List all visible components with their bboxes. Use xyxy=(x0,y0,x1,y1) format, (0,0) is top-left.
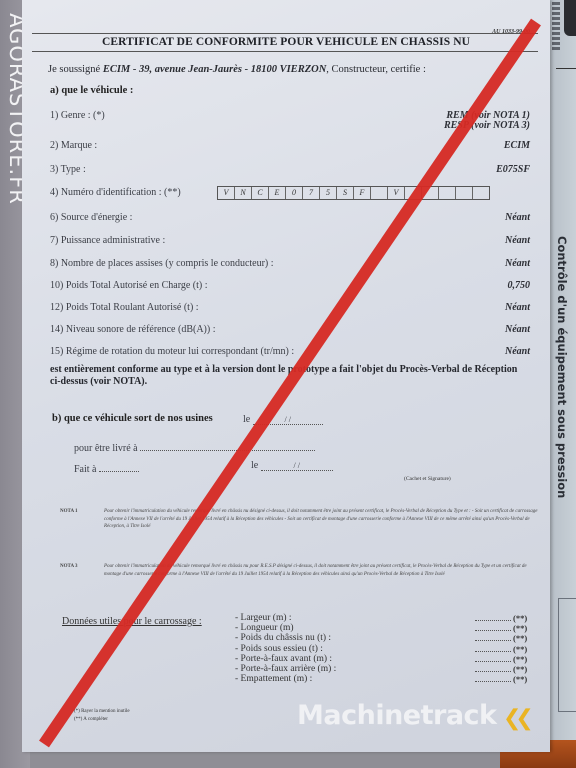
item-energy-source: 6) Source d'énergie : Néant xyxy=(50,212,530,226)
stamp-signature-label: (Cachet et Signature) xyxy=(404,476,451,482)
intro-prefix: Je soussigné xyxy=(48,64,103,75)
footnotes: (*) Rayer la mention inutile (**) A comp… xyxy=(74,708,130,724)
item-value-secondary: RESP (voir NOTA 3) xyxy=(444,120,530,131)
dimension-blank: (**) xyxy=(475,664,527,674)
item-engine-rpm: 15) Régime de rotation du moteur lui cor… xyxy=(50,346,530,360)
delivery-blank xyxy=(140,441,315,451)
vin-cell xyxy=(473,187,489,199)
nota-tag: NOTA 1 xyxy=(60,508,78,516)
vin-cell: 0 xyxy=(286,187,303,199)
item-label: 3) Type : xyxy=(50,164,86,175)
vin-cell xyxy=(371,187,388,199)
dimension-blank: (**) xyxy=(475,633,527,643)
certificate-page: AU 1033-99-00 CERTIFICAT DE CONFORMITE P… xyxy=(22,0,550,752)
date-label: le xyxy=(251,460,258,471)
vin-cell xyxy=(405,187,422,199)
required-marker: (**) xyxy=(513,644,527,654)
nota-text: Pour obtenir l'immatriculation du véhicu… xyxy=(104,508,540,531)
vin-cell: S xyxy=(337,187,354,199)
side-document-title: Contrôle d'un équipement sous pression xyxy=(551,236,573,496)
item-value: Néant xyxy=(505,302,530,313)
item-label: 7) Puissance administrative : xyxy=(50,235,165,246)
vin-cell: 7 xyxy=(303,187,320,199)
delivery-label: pour être livré à xyxy=(74,443,138,454)
required-marker: (**) xyxy=(513,664,527,674)
vin-cell: V xyxy=(388,187,405,199)
item-label: 2) Marque : xyxy=(50,140,97,151)
item-label: 1) Genre : (*) xyxy=(50,110,105,121)
date-label: le xyxy=(243,414,250,425)
item-marque: 2) Marque : ECIM xyxy=(50,140,530,154)
vin-cell: 5 xyxy=(320,187,337,199)
bodywork-data-heading: Données utiles pour le carrossage : xyxy=(62,616,202,627)
side-document-rotated-text xyxy=(552,2,560,50)
dimension-item: - Porte-à-faux avant (m) : xyxy=(235,654,336,664)
nota-3: NOTA 3 Pour obtenir l'immatriculation du… xyxy=(60,563,540,578)
dimension-item: - Largeur (m) : xyxy=(235,613,336,623)
certifier-statement: Je soussigné ECIM - 39, avenue Jean-Jaur… xyxy=(48,64,426,75)
item-value: Néant xyxy=(505,324,530,335)
title-rule-bottom xyxy=(32,51,538,52)
item-value: 0,750 xyxy=(508,280,531,291)
vin-cell: F xyxy=(354,187,371,199)
footnote-item: (*) Rayer la mention inutile xyxy=(74,708,130,716)
vin-cell: N xyxy=(235,187,252,199)
nota-tag: NOTA 3 xyxy=(60,563,78,571)
manufacturer-name: ECIM - 39, avenue Jean-Jaurès - 18100 VI… xyxy=(103,64,326,75)
done-at-field: Fait à xyxy=(74,462,139,475)
exit-date-field: le / / xyxy=(243,414,323,425)
item-admin-power: 7) Puissance administrative : Néant xyxy=(50,235,530,249)
required-marker: (**) xyxy=(513,613,527,623)
intro-suffix: , Constructeur, certifie : xyxy=(326,64,426,75)
item-value: ECIM xyxy=(504,140,530,151)
vin-cell xyxy=(439,187,456,199)
item-seats: 8) Nombre de places assises (y compris l… xyxy=(50,258,530,272)
nota-text: Pour obtenir l'immatriculation du véhicu… xyxy=(104,563,540,578)
reference-code: AU 1033-99-00 xyxy=(492,29,530,35)
item-genre: 1) Genre : (*) REM (voir NOTA 1) RESP (v… xyxy=(50,110,530,124)
nota-1: NOTA 1 Pour obtenir l'immatriculation du… xyxy=(60,508,540,531)
item-value: Néant xyxy=(505,235,530,246)
bodywork-dimension-list: - Largeur (m) : - Longueur (m) - Poids d… xyxy=(235,613,336,684)
item-label: 6) Source d'énergie : xyxy=(50,212,132,223)
done-at-label: Fait à xyxy=(74,464,97,475)
vin-cell xyxy=(456,187,473,199)
dimension-blank: (**) xyxy=(475,674,527,684)
dimension-item: - Poids du châssis nu (t) : xyxy=(235,633,336,643)
side-document-logo-fragment xyxy=(564,0,576,36)
footnote-item: (**) A compléter xyxy=(74,716,130,724)
signature-date-field: le / / xyxy=(251,460,333,471)
side-document-rule xyxy=(556,68,576,69)
required-marker: (**) xyxy=(513,633,527,643)
section-a-heading: a) que le véhicule : xyxy=(50,85,133,96)
item-type: 3) Type : E075SF xyxy=(50,164,530,178)
exit-date-blank: / / xyxy=(253,415,323,425)
item-label: 8) Nombre de places assises (y compris l… xyxy=(50,258,274,269)
item-value: E075SF xyxy=(496,164,530,175)
item-label: 14) Niveau sonore de référence (dB(A)) : xyxy=(50,324,215,335)
dimension-item: - Longueur (m) xyxy=(235,623,336,633)
required-marker: (**) xyxy=(513,623,527,633)
required-marker: (**) xyxy=(513,674,527,684)
signature-date-blank: / / xyxy=(261,461,333,471)
item-value: Néant xyxy=(505,212,530,223)
side-document: Contrôle d'un équipement sous pression xyxy=(550,0,576,740)
required-marker: (**) xyxy=(513,654,527,664)
item-label: 10) Poids Total Autorisé en Charge (t) : xyxy=(50,280,208,291)
dimension-item: - Porte-à-faux arrière (m) : xyxy=(235,664,336,674)
done-at-blank xyxy=(99,462,139,472)
item-label: 12) Poids Total Roulant Autorisé (t) : xyxy=(50,302,199,313)
vin-cell: E xyxy=(269,187,286,199)
item-value: Néant xyxy=(505,258,530,269)
dimension-blank: (**) xyxy=(475,623,527,633)
section-b-heading: b) que ce véhicule sort de nos usines xyxy=(52,413,213,424)
item-label: 4) Numéro d'identification : (**) xyxy=(50,187,181,198)
conformity-statement: est entièrement conforme au type et à la… xyxy=(50,364,530,388)
dimension-blank: (**) xyxy=(475,654,527,664)
item-label: 15) Régime de rotation du moteur lui cor… xyxy=(50,346,294,357)
side-document-box xyxy=(558,598,576,712)
item-noise-level: 14) Niveau sonore de référence (dB(A)) :… xyxy=(50,324,530,338)
delivery-field: pour être livré à xyxy=(74,441,315,454)
dimension-item: - Poids sous essieu (t) : xyxy=(235,644,336,654)
item-ptac: 10) Poids Total Autorisé en Charge (t) :… xyxy=(50,280,530,294)
vin-grid: VNCE075SFV xyxy=(217,186,490,200)
vin-cell: C xyxy=(252,187,269,199)
machinetrack-watermark: Machinetrack xyxy=(297,700,497,731)
dimension-item: - Empattement (m) : xyxy=(235,674,336,684)
dimension-blank: (**) xyxy=(475,644,527,654)
vin-cell: V xyxy=(218,187,235,199)
item-ptra: 12) Poids Total Roulant Autorisé (t) : N… xyxy=(50,302,530,316)
title-rule-top xyxy=(32,33,538,34)
machinetrack-chevron-icon: ❮❮ xyxy=(503,706,528,731)
certificate-title: CERTIFICAT DE CONFORMITE POUR VEHICULE E… xyxy=(22,36,550,48)
item-value: Néant xyxy=(505,346,530,357)
vin-cell xyxy=(422,187,439,199)
dimension-blank: (**) xyxy=(475,613,527,623)
bodywork-dimension-blanks: (**) (**) (**) (**) (**) (**) (**) xyxy=(475,613,527,684)
